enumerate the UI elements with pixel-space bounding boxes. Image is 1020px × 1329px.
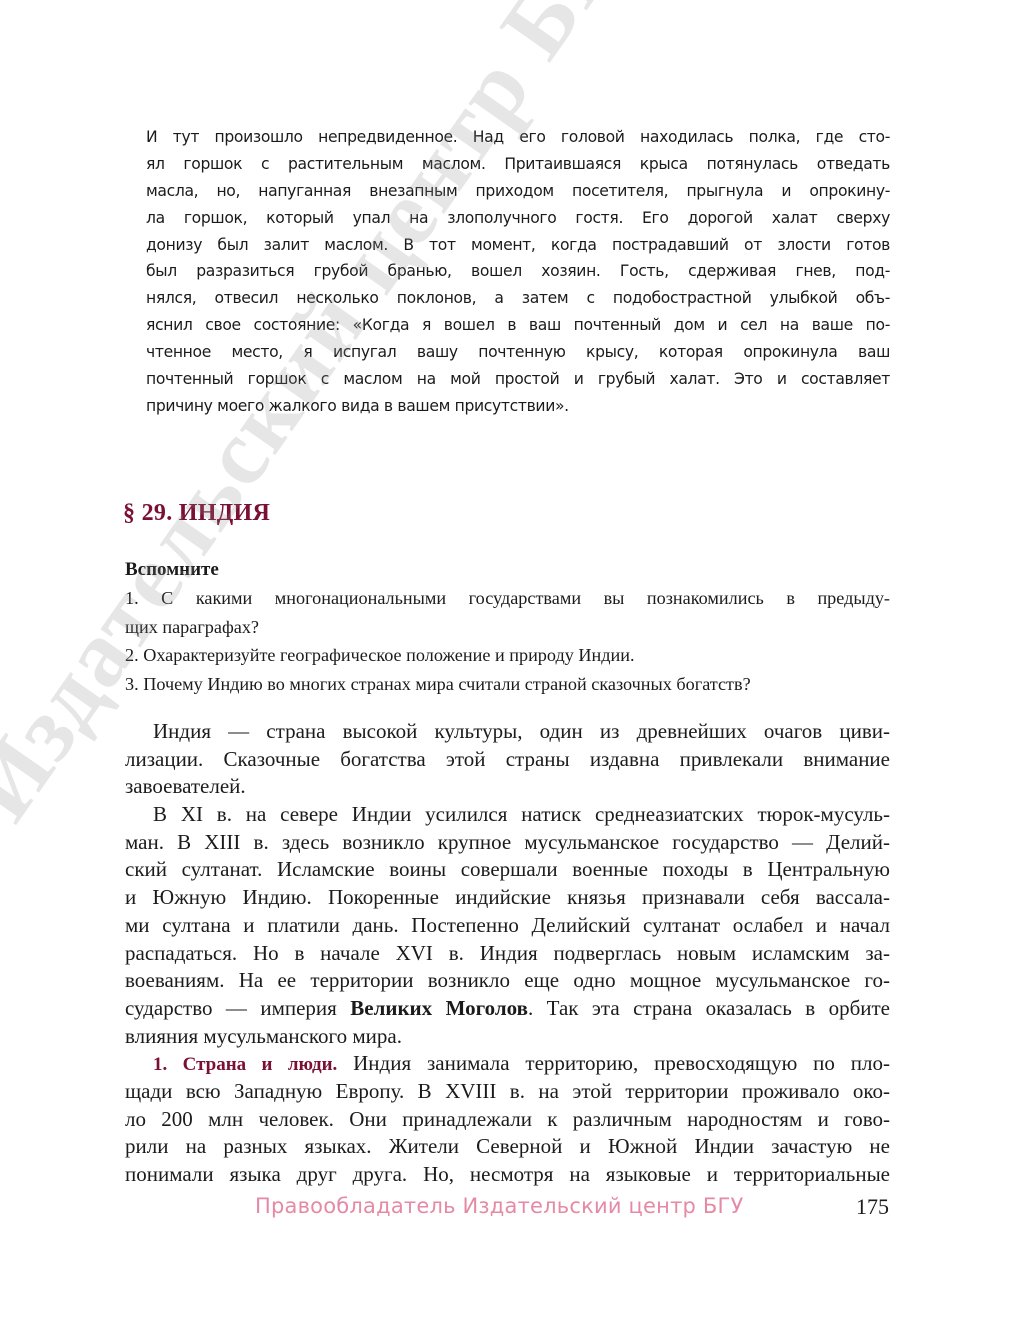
paragraph-line: ло 200 млн человек. Они принадлежали к р… (125, 1106, 890, 1134)
paragraph-line: понимали языка друг друга. Но, несмотря … (125, 1161, 890, 1189)
section-title: § 29. ИНДИЯ (123, 500, 270, 527)
text-run: . Так эта страна оказалась в орбите (528, 996, 890, 1020)
story-passage: И тут произошло непредвиденное. Над его … (146, 124, 890, 420)
main-text: Индия — страна высокой культуры, один из… (125, 718, 890, 1189)
paragraph-line: Индия — страна высокой культуры, один из… (125, 718, 890, 746)
text-run: Индия занимала территорию, превосходящую… (337, 1051, 890, 1075)
recall-question: щих параграфах? (125, 613, 890, 642)
story-line: донизу был залит маслом. В тот момент, к… (146, 232, 890, 259)
recall-box: Вспомните 1. С какими многонациональными… (125, 556, 890, 698)
story-line: чтенное место, я испугал вашу почтенную … (146, 339, 890, 366)
story-line: яснил свое состояние: «Когда я вошел в в… (146, 312, 890, 339)
bold-term: Великих Моголов (350, 996, 528, 1020)
paragraph-line: ман. В XIII в. здесь возникло крупное му… (125, 829, 890, 857)
paragraph-line: щади всю Западную Европу. В XVIII в. на … (125, 1078, 890, 1106)
paragraph-line: В XI в. на севере Индии усилился натиск … (125, 801, 890, 829)
paragraph-line: лизации. Сказочные богатства этой страны… (125, 746, 890, 774)
copyright-credit: Правообладатель Издательский центр БГУ (255, 1194, 744, 1218)
recall-question: 3. Почему Индию во многих странах мира с… (125, 670, 890, 699)
paragraph-line: воеваниям. На ее территории возникло еще… (125, 967, 890, 995)
story-line: нялся, отвесил несколько поклонов, а зат… (146, 285, 890, 312)
recall-question: 2. Охарактеризуйте географическое положе… (125, 641, 890, 670)
paragraph-line: завоевателей. (125, 773, 890, 801)
story-line: масла, но, напуганная внезапным приходом… (146, 178, 890, 205)
story-line: И тут произошло непредвиденное. Над его … (146, 124, 890, 151)
paragraph-line: сударство — империя Великих Моголов. Так… (125, 995, 890, 1023)
textbook-page: И тут произошло непредвиденное. Над его … (0, 0, 1020, 1329)
paragraph-line: распадаться. Но в начале XVI в. Индия по… (125, 940, 890, 968)
paragraph-line: 1. Страна и люди. Индия занимала террито… (125, 1050, 890, 1078)
page-number: 175 (856, 1194, 889, 1220)
story-line: ла горшок, который упал на злополучного … (146, 205, 890, 232)
story-line: был разразиться грубой бранью, вошел хоз… (146, 258, 890, 285)
paragraph-line: ми султана и платили дань. Постепенно Де… (125, 912, 890, 940)
text-run: сударство — империя (125, 996, 350, 1020)
recall-title: Вспомните (125, 556, 890, 584)
subsection-heading: 1. Страна и люди. (153, 1054, 337, 1075)
story-line: ял горшок с растительным маслом. Притаив… (146, 151, 890, 178)
story-line: почтенный горшок с маслом на мой простой… (146, 366, 890, 393)
paragraph-line: рили на разных языках. Жители Северной и… (125, 1133, 890, 1161)
recall-question: 1. С какими многонациональными государст… (125, 584, 890, 613)
paragraph-line: и Южную Индию. Покоренные индийские княз… (125, 884, 890, 912)
paragraph-line: влияния мусульманского мира. (125, 1023, 890, 1051)
story-line: причину моего жалкого вида в вашем прису… (146, 393, 890, 420)
paragraph-line: ский султанат. Исламские воины совершали… (125, 856, 890, 884)
